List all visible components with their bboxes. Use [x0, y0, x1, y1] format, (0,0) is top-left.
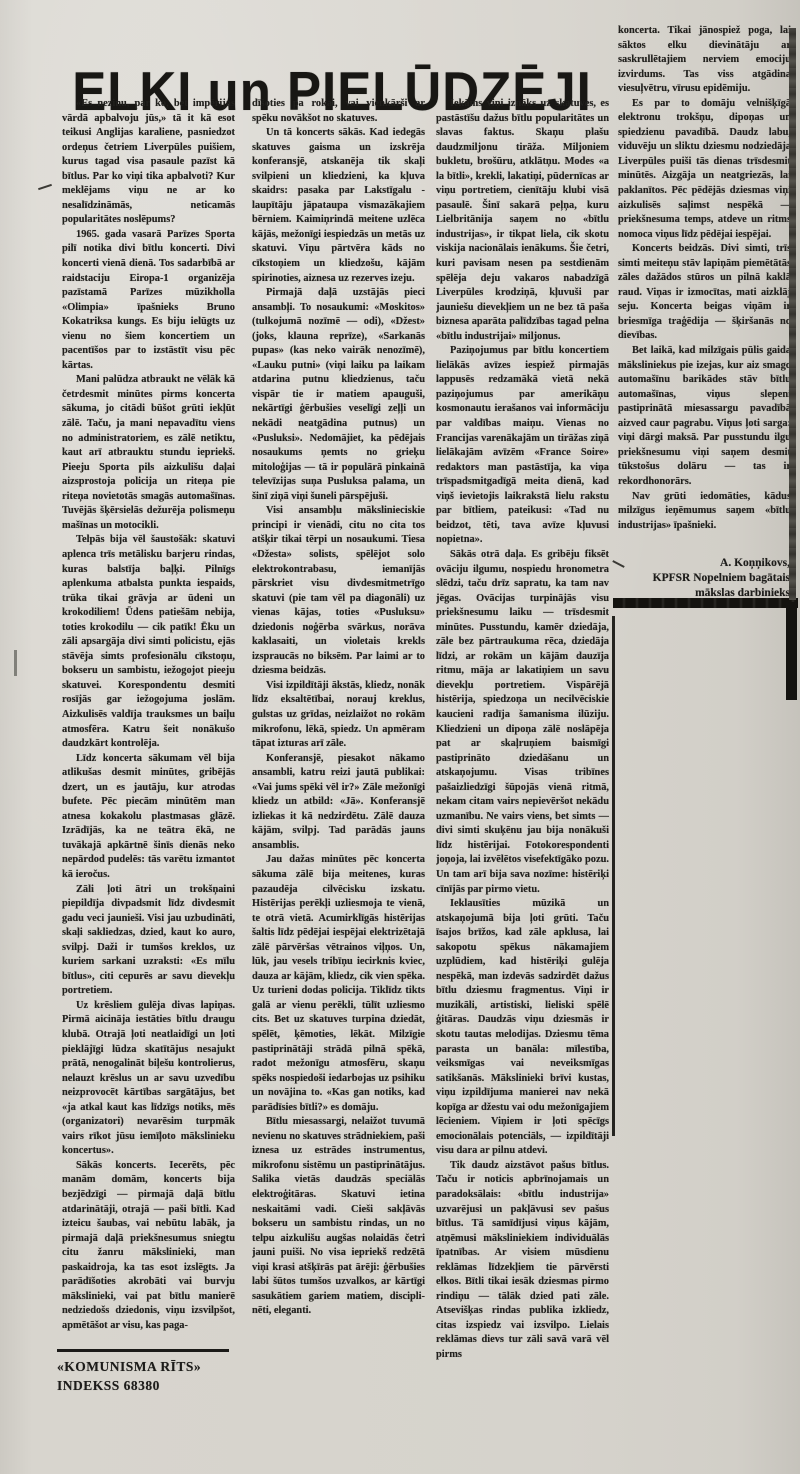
byline-title: KPFSR Nopelniem bagātais mākslas darbini… [626, 571, 790, 601]
text-column-2: dīšoties pa rokai, vai vienkārši ar spēk… [252, 97, 425, 1413]
scan-artifact [38, 184, 52, 190]
paragraph: Pirmajā daļā uzstājās pieci ansambļi. To… [252, 286, 425, 504]
paragraph: «Es nezinu, par ko, bet impērijas vārdā … [62, 97, 235, 228]
paragraph: Līdz koncerta sākumam vēl bija atlikušas… [62, 752, 235, 883]
paragraph: koncerta. Tikai jānospiež poga, lai sākt… [618, 24, 791, 97]
paragraph: Ieklausīties mūzikā un atskaņojumā bija … [436, 897, 609, 1159]
page-edge-rule [789, 28, 796, 600]
text-column-1: «Es nezinu, par ko, bet impērijas vārdā … [62, 97, 235, 1347]
byline-author: A. Koņņikovs, [626, 556, 790, 571]
byline: A. Koņņikovs, KPFSR Nopelniem bagātais m… [626, 556, 790, 600]
paragraph: Sākās otrā daļa. Es gribēju fiksēt ovāci… [436, 548, 609, 897]
paragraph: Jau dažas minūtes pēc koncerta sākuma zā… [252, 853, 425, 1115]
paragraph: Visi izpildītāji ākstās, kliedz, nonāk l… [252, 679, 425, 752]
paragraph: Un tā koncerts sākās. Kad iedegās skatuv… [252, 126, 425, 286]
bold-ending: nēti, eleganti. [252, 1305, 311, 1316]
scan-artifact [612, 560, 624, 568]
text-column-3: Iekāms viņi iznāks uz skatuves, es pastā… [436, 97, 609, 1413]
masthead-index-box: «KOMUNISMA RĪTS» INDEKSS 68380 [57, 1349, 229, 1395]
paragraph: Nav grūti iedomāties, kādus milzīgus ieņ… [618, 490, 791, 534]
masthead-index: INDEKSS 68380 [57, 1376, 229, 1395]
paragraph: Bītlu miesassargi, nelaižot tuvumā nevie… [252, 1115, 425, 1319]
paragraph: Visi ansambļu mākslinieciskie principi i… [252, 504, 425, 679]
text-column-4: koncerta. Tikai jānospiež poga, lai sākt… [618, 24, 791, 558]
paragraph: Bet laikā, kad milzīgais pūlis gaida māk… [618, 344, 791, 489]
paragraph: dīšoties pa rokai, vai vienkārši ar spēk… [252, 97, 425, 126]
page-edge-bar [786, 602, 797, 700]
paragraph: Telpās bija vēl šaustošāk: skatuvi aplen… [62, 533, 235, 751]
masthead-title: «KOMUNISMA RĪTS» [57, 1357, 229, 1376]
horizontal-divider-bar [613, 598, 798, 608]
paragraph: Uz krēsliem gulēja divas lapiņas. Pirmā … [62, 999, 235, 1159]
newspaper-page: ELKI un PIELŪDZĒJI «Es nezinu, par ko, b… [0, 0, 800, 1474]
paragraph: Paziņojumus par bītlu koncertiem lielākā… [436, 344, 609, 548]
paragraph: Tik daudz aizstāvot pašus bītlus. Taču i… [436, 1159, 609, 1363]
paragraph: Mani palūdza atbraukt ne vēlāk kā četrde… [62, 373, 235, 533]
paragraph: Es par to domāju velnišķīgā elektronu tr… [618, 97, 791, 242]
scan-artifact [14, 650, 17, 676]
column-rule [612, 616, 615, 1136]
paragraph: Iekāms viņi iznāks uz skatuves, es pastā… [436, 97, 609, 344]
paragraph: 1965. gada vasarā Parīzes Sporta pilī no… [62, 228, 235, 373]
paragraph: Sākās koncerts. Iecerēts, pēc manām domā… [62, 1159, 235, 1334]
paragraph: Konferansjē, piesakot nākamo ansambli, k… [252, 752, 425, 854]
paragraph: Koncerts beidzās. Divi simti, trīs simti… [618, 242, 791, 344]
paragraph: Zāli ļoti ātri un trokšņaini piepildīja … [62, 883, 235, 999]
